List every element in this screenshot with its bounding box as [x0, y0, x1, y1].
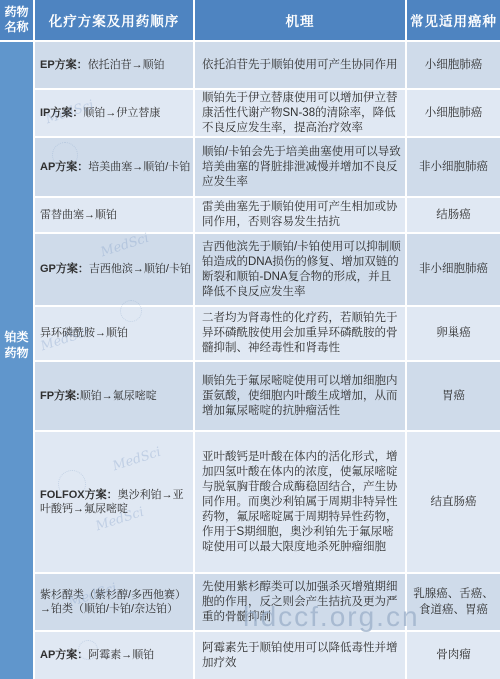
table-row-cancer: 结肠癌: [407, 198, 500, 232]
table-row-mechanism: 顺铂/卡铂会先于培美曲塞使用可以导致培美曲塞的肾脏排泄减慢并增加不良反应发生率: [195, 138, 405, 196]
header-scheme: 化疗方案及用药顺序: [35, 0, 193, 40]
table-row-cancer: 乳腺癌、舌癌、食道癌、胃癌: [407, 574, 500, 630]
scheme-name: FOLFOX方案：: [40, 489, 118, 501]
table-row-cancer: 胃癌: [407, 362, 500, 430]
header-cancer: 常见适用癌种: [407, 0, 500, 40]
cancer-text: 非小细胞肺癌: [419, 159, 488, 175]
mechanism-text: 顺铂先于氟尿嘧啶使用可以增加细胞内蛋氨酸，使细胞内叶酸生成增加，从而增加氟尿嘧啶…: [202, 374, 401, 419]
scheme-order: 顺铂→伊立替康: [83, 107, 160, 119]
table-row-scheme: 异环磷酰胺→顺铂: [35, 307, 193, 360]
table-row-cancer: 卵巢癌: [407, 307, 500, 360]
cancer-text: 结直肠癌: [431, 494, 477, 510]
scheme-order: 依托泊苷→顺铂: [88, 59, 165, 71]
table-row-scheme: FOLFOX方案：奥沙利铂→亚叶酸钙→氟尿嘧啶: [35, 432, 193, 572]
table-row-scheme: AP方案：培美曲塞→顺铂/卡铂: [35, 138, 193, 196]
header-mechanism-label: 机理: [286, 10, 315, 30]
table-row-cancer: 非小细胞肺癌: [407, 234, 500, 305]
table-row-cancer: 非小细胞肺癌: [407, 138, 500, 196]
mechanism-text: 亚叶酸钙是叶酸在体内的活化形式，增加四氢叶酸在体内的浓度，使氟尿嘧啶与脱氧胸苷酸…: [202, 450, 401, 555]
table-row-scheme: 雷替曲塞→顺铂: [35, 198, 193, 232]
scheme-name: AP方案：: [40, 649, 88, 661]
table-row-cancer: 小细胞肺癌: [407, 42, 500, 88]
table-row-cancer: 结直肠癌: [407, 432, 500, 572]
mechanism-text: 顺铂/卡铂会先于培美曲塞使用可以导致培美曲塞的肾脏排泄减慢并增加不良反应发生率: [202, 145, 401, 190]
header-scheme-label: 化疗方案及用药顺序: [49, 10, 180, 30]
scheme-name: GP方案：: [40, 263, 89, 275]
scheme-order: 阿霉素→顺铂: [88, 649, 154, 661]
cancer-text: 非小细胞肺癌: [419, 261, 488, 277]
cancer-text: 胃癌: [442, 388, 465, 404]
scheme-name: EP方案：: [40, 59, 88, 71]
table-row-mechanism: 顺铂先于伊立替康使用可以增加伊立替康活性代谢产物SN-38的清除率，降低不良反应…: [195, 90, 405, 136]
mechanism-text: 依托泊苷先于顺铂使用可产生协同作用: [202, 58, 398, 73]
header-drug-name: 药物名称: [0, 0, 33, 40]
table-row-mechanism: 二者均为肾毒性的化疗药，若顺铂先于异环磷酰胺使用会加重异环磷酰胺的骨髓抑制、神经…: [195, 307, 405, 360]
scheme-order: 吉西他滨→顺铂/卡铂: [89, 263, 191, 275]
chemo-scheme-table: 药物名称 化疗方案及用药顺序 机理 常见适用癌种 铂类药物 EP方案：依托泊苷→…: [0, 0, 500, 679]
scheme-name: AP方案：: [40, 161, 88, 173]
scheme-name: IP方案：: [40, 107, 83, 119]
scheme-order: 紫杉醇类（紫杉醇/多西他赛）→铂类（顺铂/卡铂/奈达铂）: [40, 589, 186, 615]
cancer-text: 卵巢癌: [436, 325, 471, 341]
cancer-text: 骨肉瘤: [436, 647, 471, 663]
drug-group-label: 铂类药物: [4, 330, 28, 360]
mechanism-text: 顺铂先于伊立替康使用可以增加伊立替康活性代谢产物SN-38的清除率，降低不良反应…: [202, 91, 401, 136]
table-row-scheme: IP方案：顺铂→伊立替康: [35, 90, 193, 136]
table-row-cancer: 骨肉瘤: [407, 632, 500, 679]
cancer-text: 结肠癌: [436, 207, 471, 223]
table-row-scheme: FP方案:顺铂→氟尿嘧啶: [35, 362, 193, 430]
header-drug-name-label: 药物名称: [4, 5, 29, 35]
mechanism-text: 阿霉素先于顺铂使用可以降低毒性并增加疗效: [202, 641, 401, 671]
table-row-mechanism: 先使用紫杉醇类可以加强杀灭增殖期细胞的作用，反之则会产生拮抗及更为严重的骨髓抑制: [195, 574, 405, 630]
cancer-text: 小细胞肺癌: [425, 105, 483, 121]
table-row-scheme: EP方案：依托泊苷→顺铂: [35, 42, 193, 88]
drug-group-platinum: 铂类药物: [0, 42, 33, 679]
mechanism-text: 先使用紫杉醇类可以加强杀灭增殖期细胞的作用，反之则会产生拮抗及更为严重的骨髓抑制: [202, 580, 401, 625]
scheme-order: 顺铂→氟尿嘧啶: [80, 390, 157, 402]
scheme-order: 雷替曲塞→顺铂: [40, 209, 117, 221]
table-row-cancer: 小细胞肺癌: [407, 90, 500, 136]
cancer-text: 乳腺癌、舌癌、食道癌、胃癌: [411, 586, 496, 618]
table-row-scheme: AP方案：阿霉素→顺铂: [35, 632, 193, 679]
table-row-scheme: 紫杉醇类（紫杉醇/多西他赛）→铂类（顺铂/卡铂/奈达铂）: [35, 574, 193, 630]
table-row-mechanism: 依托泊苷先于顺铂使用可产生协同作用: [195, 42, 405, 88]
table-row-mechanism: 雷美曲塞先于顺铂使用可产生相加或协同作用，否则容易发生拮抗: [195, 198, 405, 232]
mechanism-text: 雷美曲塞先于顺铂使用可产生相加或协同作用，否则容易发生拮抗: [202, 200, 401, 230]
mechanism-text: 二者均为肾毒性的化疗药，若顺铂先于异环磷酰胺使用会加重异环磷酰胺的骨髓抑制、神经…: [202, 311, 401, 356]
table-row-mechanism: 阿霉素先于顺铂使用可以降低毒性并增加疗效: [195, 632, 405, 679]
table-row-mechanism: 吉西他滨先于顺铂/卡铂使用可以抑制顺铂造成的DNA损伤的修复、增加双链的断裂和顺…: [195, 234, 405, 305]
cancer-text: 小细胞肺癌: [425, 57, 483, 73]
header-cancer-label: 常见适用癌种: [410, 10, 497, 30]
scheme-order: 培美曲塞→顺铂/卡铂: [88, 161, 190, 173]
table-row-scheme: GP方案：吉西他滨→顺铂/卡铂: [35, 234, 193, 305]
table-row-mechanism: 顺铂先于氟尿嘧啶使用可以增加细胞内蛋氨酸，使细胞内叶酸生成增加，从而增加氟尿嘧啶…: [195, 362, 405, 430]
header-mechanism: 机理: [195, 0, 405, 40]
scheme-order: 异环磷酰胺→顺铂: [40, 327, 128, 339]
mechanism-text: 吉西他滨先于顺铂/卡铂使用可以抑制顺铂造成的DNA损伤的修复、增加双链的断裂和顺…: [202, 240, 401, 300]
table-row-mechanism: 亚叶酸钙是叶酸在体内的活化形式，增加四氢叶酸在体内的浓度，使氟尿嘧啶与脱氧胸苷酸…: [195, 432, 405, 572]
scheme-name: FP方案:: [40, 390, 80, 402]
